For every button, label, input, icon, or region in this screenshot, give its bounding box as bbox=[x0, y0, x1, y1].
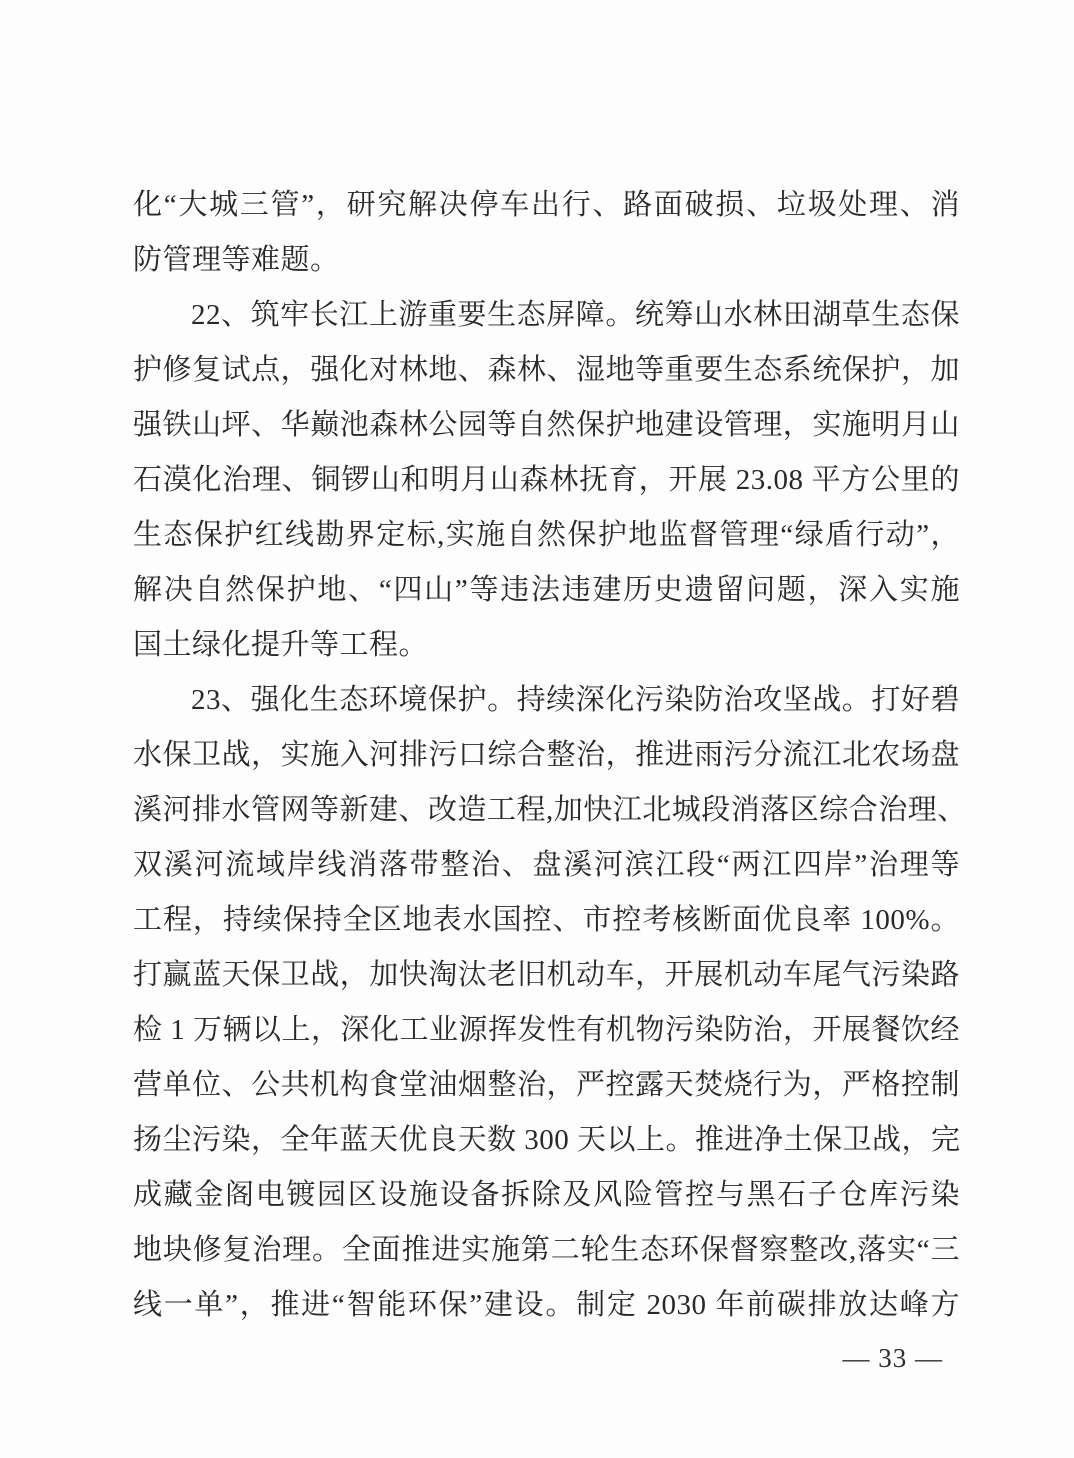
text-line: 防管理等难题。 bbox=[133, 233, 960, 288]
text-line: 生态保护红线勘界定标,实施自然保护地监督管理“绿盾行动”， bbox=[133, 508, 960, 563]
text-line: 检 1 万辆以上，深化工业源挥发性有机物污染防治，开展餐饮经 bbox=[133, 1003, 960, 1058]
text-line: 溪河排水管网等新建、改造工程,加快江北城段消落区综合治理、 bbox=[133, 783, 960, 838]
text-line: 打赢蓝天保卫战，加快淘汰老旧机动车，开展机动车尾气污染路 bbox=[133, 948, 960, 1003]
text-line: 线一单”，推进“智能环保”建设。制定 2030 年前碳排放达峰方 bbox=[133, 1278, 960, 1333]
text-line: 22、筑牢长江上游重要生态屏障。统筹山水林田湖草生态保 bbox=[133, 288, 960, 343]
text-line: 国土绿化提升等工程。 bbox=[133, 618, 960, 673]
text-line: 工程，持续保持全区地表水国控、市控考核断面优良率 100%。 bbox=[133, 893, 960, 948]
page-number: — 33 — bbox=[843, 1338, 944, 1378]
text-line: 成藏金阁电镀园区设施设备拆除及风险管控与黑石子仓库污染 bbox=[133, 1168, 960, 1223]
text-line: 化“大城三管”，研究解决停车出行、路面破损、垃圾处理、消 bbox=[133, 178, 960, 233]
text-line: 解决自然保护地、“四山”等违法违建历史遗留问题，深入实施 bbox=[133, 563, 960, 618]
text-line: 石漠化治理、铜锣山和明月山森林抚育，开展 23.08 平方公里的 bbox=[133, 453, 960, 508]
text-line: 23、强化生态环境保护。持续深化污染防治攻坚战。打好碧 bbox=[133, 673, 960, 728]
text-line: 营单位、公共机构食堂油烟整治，严控露天焚烧行为，严格控制 bbox=[133, 1058, 960, 1113]
text-line: 水保卫战，实施入河排污口综合整治，推进雨污分流江北农场盘 bbox=[133, 728, 960, 783]
text-line: 强铁山坪、华巅池森林公园等自然保护地建设管理，实施明月山 bbox=[133, 398, 960, 453]
text-line: 扬尘污染，全年蓝天优良天数 300 天以上。推进净土保卫战，完 bbox=[133, 1113, 960, 1168]
document-page: 化“大城三管”，研究解决停车出行、路面破损、垃圾处理、消防管理等难题。22、筑牢… bbox=[0, 0, 1074, 1458]
text-line: 地块修复治理。全面推进实施第二轮生态环保督察整改,落实“三 bbox=[133, 1223, 960, 1278]
text-line: 护修复试点，强化对林地、森林、湿地等重要生态系统保护，加 bbox=[133, 343, 960, 398]
body-text: 化“大城三管”，研究解决停车出行、路面破损、垃圾处理、消防管理等难题。22、筑牢… bbox=[133, 178, 960, 1333]
text-line: 双溪河流域岸线消落带整治、盘溪河滨江段“两江四岸”治理等 bbox=[133, 838, 960, 893]
